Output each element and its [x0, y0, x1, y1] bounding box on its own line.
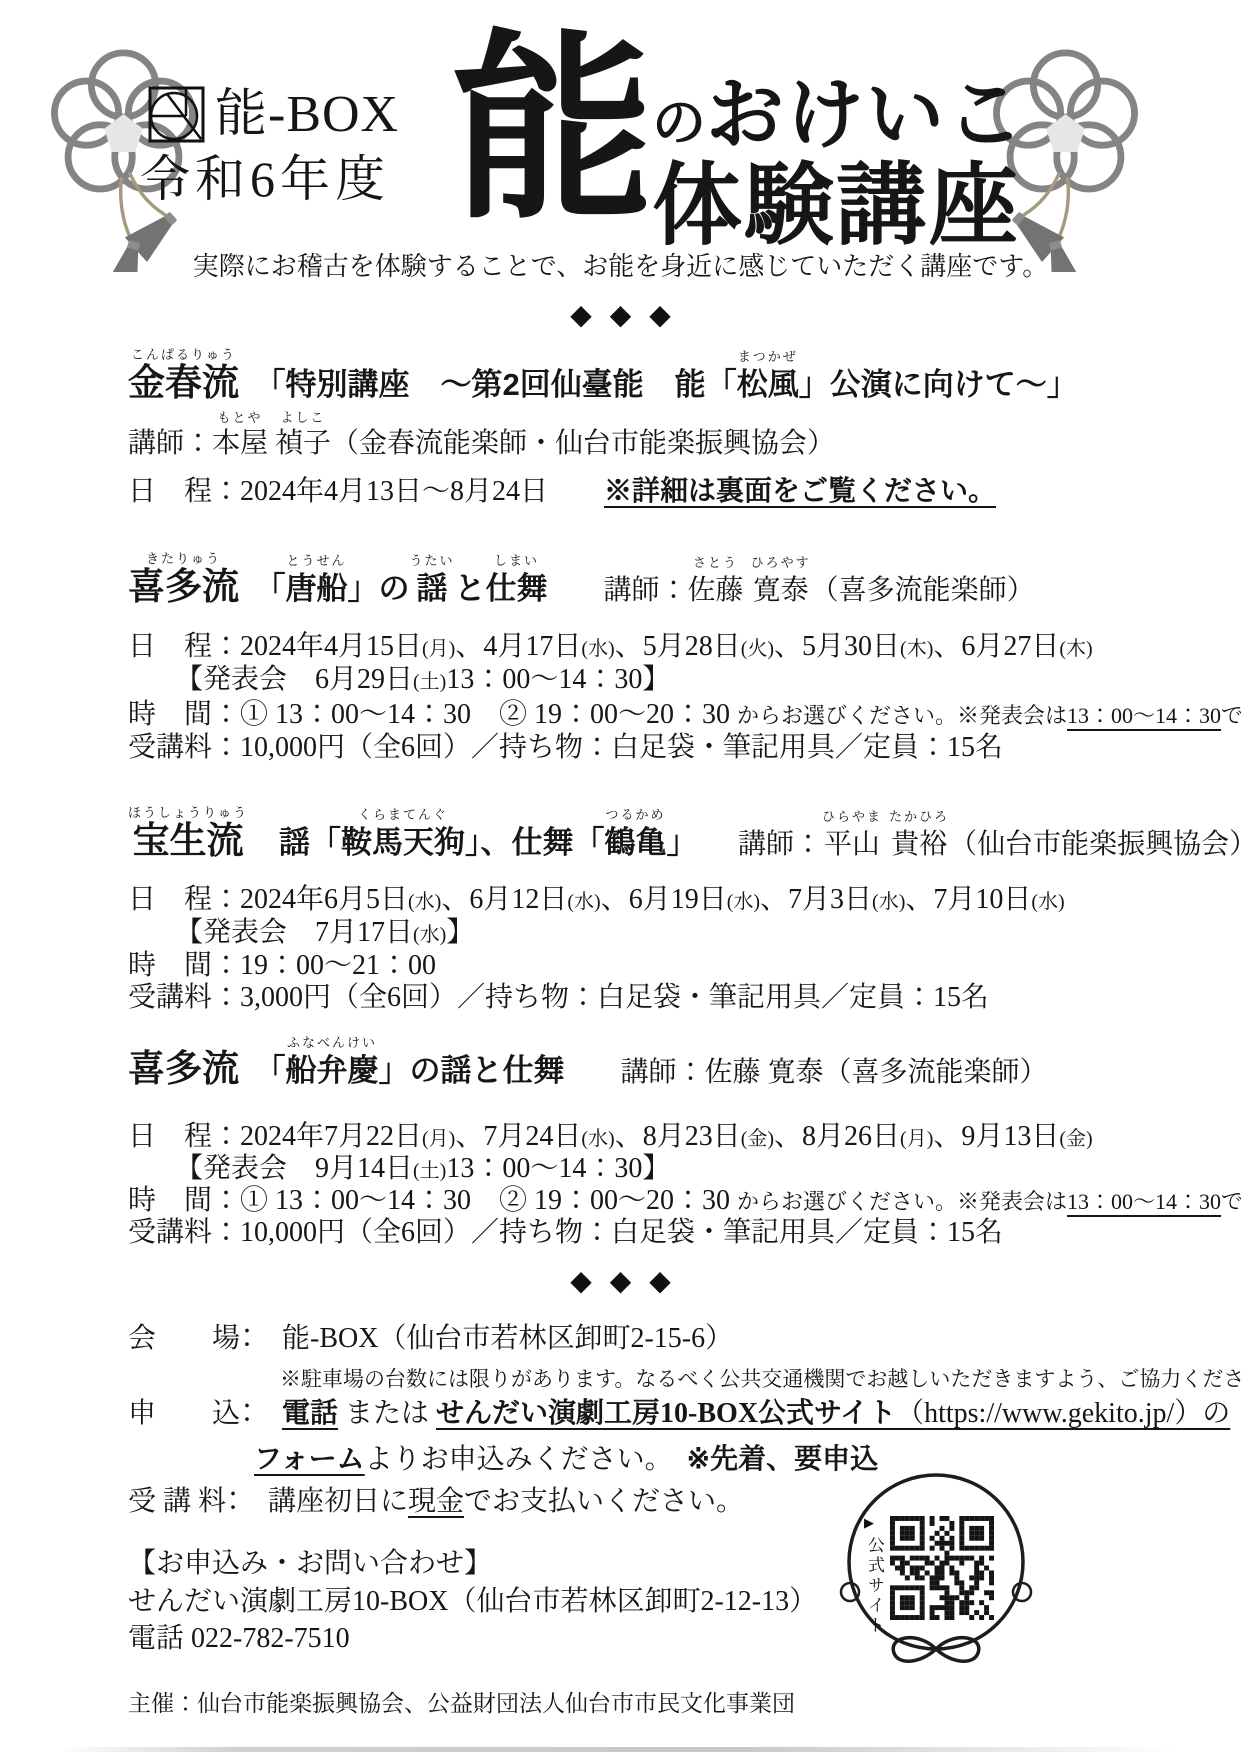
nohbox-logo-row: 能-BOX [148, 86, 399, 143]
fiscal-year: 令和6年度 [140, 150, 390, 208]
course-time: 時 間：① 13：00～14：30 ② 19：00～20：30 からお選びくださ… [128, 697, 1241, 734]
title-particle: の [652, 80, 706, 157]
course-lecturer: 講師：もとや本屋 よしこ禎子（金春流能楽師・仙台市能楽振興協会） [128, 410, 835, 462]
course-heading: 喜多流 「ふなべんけい船弁慶」の謡と仕舞 講師：佐藤 寛泰（喜多流能楽師） [128, 1035, 1048, 1093]
course-fee: 受講料：10,000円（全6回）／持ち物：白足袋・筆記用具／定員：15名 [128, 1215, 1003, 1251]
official-site-qr-badge: ▶ 公式サイト [836, 1468, 1036, 1668]
title-noh-character: 能 [452, 28, 654, 234]
course-heading: こんぱるりゅう金春流 「特別講座 ～第2回仙臺能 能「まつかぜ松風」公演に向けて… [128, 347, 1078, 407]
qr-code-icon [890, 1516, 994, 1620]
course-fee: 受講料：3,000円（全6回）／持ち物：白足袋・筆記用具／定員：15名 [128, 980, 989, 1016]
arrow-right-icon: ▶ [864, 1516, 874, 1529]
course-time: 時 間：19：00～21：00 [128, 948, 436, 984]
venue-row: 会 場： 能-BOX（仙台市若林区卸町2-15-6） [128, 1321, 733, 1357]
course-heading: きたりゅう喜多流 「とうせん唐船」のうたい謡としまい仕舞 講師：さとう佐藤 ひろ… [128, 551, 1035, 611]
contact-address: せんだい演劇工房10-BOX（仙台市若林区卸町2-12-13） [128, 1584, 817, 1620]
contact-heading: 【お申込み・お問い合わせ】 [128, 1546, 492, 1582]
title-taiken-kouza: 体験講座 [652, 160, 1026, 255]
nohbox-logo-icon [148, 86, 205, 143]
course-fee: 受講料：10,000円（全6回）／持ち物：白足袋・筆記用具／定員：15名 [128, 730, 1003, 766]
organizer-line: 主催：仙台市能楽振興協会、公益財団法人仙台市市民文化事業団 [128, 1686, 795, 1722]
course-schedule: 日 程：2024年4月13日～8月24日 ※詳細は裏面をご覧ください。 [128, 474, 996, 510]
official-site-label: 公式サイト [862, 1536, 887, 1636]
venue-parking-note: ※駐車場の台数には限りがあります。なるべく公共交通機関でお越しいただきますよう、… [280, 1361, 1241, 1397]
nohbox-logo-label: 能-BOX [215, 86, 399, 143]
title-right-block: の おけいこ 体験講座 [652, 52, 1026, 255]
title-okeiko: おけいこ [706, 52, 1026, 164]
contact-phone: 電話 022-782-7510 [128, 1621, 350, 1657]
diamond-divider-top: ◆◆◆ [0, 298, 1241, 332]
apply-row-2: フォームよりお申込みください。 ※先着、要申込 [254, 1442, 878, 1478]
fee-payment-row: 受 講 料： 講座初日に現金でお支払いください。 [128, 1484, 744, 1520]
course-heading: ほうしょうりゅう宝生流 謡「くらまてんぐ鞍馬天狗」、仕舞「つるかめ鶴亀」 講師：… [128, 805, 1241, 865]
subtitle: 実際にお稽古を体験することで、お能を身近に感じていただく講座です。 [0, 246, 1241, 283]
course-recital: 【発表会 6月29日(土)13：00～14：30】 [175, 662, 670, 700]
apply-row-1: 申 込： 電話 または せんだい演劇工房10-BOX公式サイト（https://… [128, 1396, 1230, 1432]
scan-edge-shadow [60, 1747, 1180, 1752]
diamond-divider-bottom: ◆◆◆ [0, 1264, 1241, 1298]
